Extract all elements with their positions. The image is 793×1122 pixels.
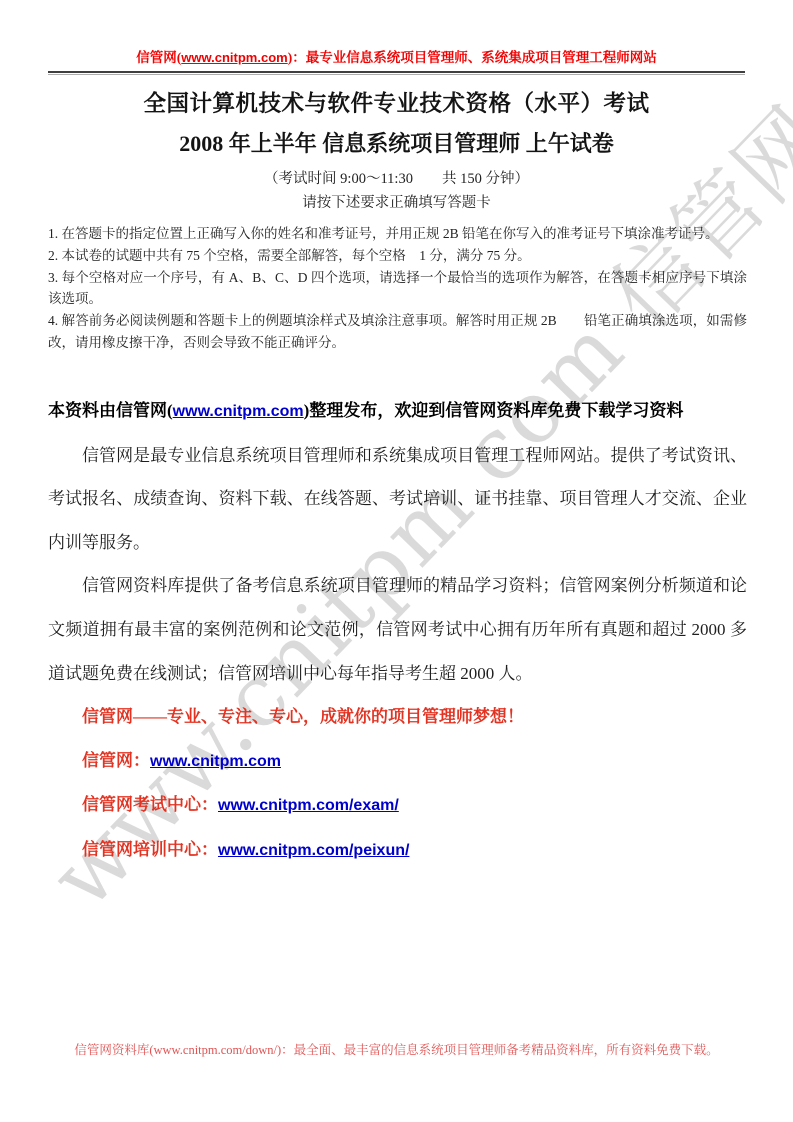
site-link-row: 信管网考试中心：www.cnitpm.com/exam/ xyxy=(48,783,747,828)
link-label: 信管网培训中心： xyxy=(82,840,218,859)
site-header-link[interactable]: www.cnitpm.com xyxy=(181,50,287,65)
slogan-line: 信管网——专业、专注、专心，成就你的项目管理师梦想！ xyxy=(48,695,747,739)
answer-sheet-notice: 请按下述要求正确填写答题卡 xyxy=(0,191,793,212)
site-link-peixun[interactable]: www.cnitpm.com/peixun/ xyxy=(218,842,409,859)
site-header-line: 信管网(www.cnitpm.com)：最专业信息系统项目管理师、系统集成项目管… xyxy=(48,46,745,66)
instructions-list: 1. 在答题卡的指定位置上正确写入你的姓名和准考证号，并用正规 2B 铅笔在你写… xyxy=(48,223,747,354)
site-link-row: 信管网：www.cnitpm.com xyxy=(48,739,747,784)
promo-block: 本资料由信管网(www.cnitpm.com)整理发布，欢迎到信管网资料库免费下… xyxy=(48,389,747,873)
exam-title: 2008 年上半年 信息系统项目管理师 上午试卷 xyxy=(0,127,793,158)
statement-prefix: 本资料由信管网( xyxy=(48,401,173,420)
document-page: www.cnitpm.com 信管网 信管网(www.cnitpm.com)：最… xyxy=(0,0,793,1122)
exam-time-line: （考试时间 9:00～11:30 共 150 分钟） xyxy=(0,167,793,188)
link-label: 信管网： xyxy=(82,751,150,770)
instruction-item: 3. 每个空格对应一个序号，有 A、B、C、D 四个选项，请选择一个最恰当的选项… xyxy=(48,267,747,311)
instruction-item: 2. 本试卷的试题中共有 75 个空格，需要全部解答，每个空格 1 分，满分 7… xyxy=(48,245,747,267)
site-header-suffix: )：最专业信息系统项目管理师、系统集成项目管理工程师网站 xyxy=(288,50,657,65)
link-label: 信管网考试中心： xyxy=(82,795,218,814)
site-link-exam[interactable]: www.cnitpm.com/exam/ xyxy=(218,797,399,814)
page-title: 全国计算机技术与软件专业技术资格（水平）考试 xyxy=(0,86,793,118)
footer-note: 信管网资料库(www.cnitpm.com/down/)：最全面、最丰富的信息系… xyxy=(0,1040,793,1058)
site-link-row: 信管网培训中心：www.cnitpm.com/peixun/ xyxy=(48,828,747,873)
statement-suffix: )整理发布，欢迎到信管网资料库免费下载学习资料 xyxy=(304,401,684,420)
site-header-prefix: 信管网( xyxy=(136,50,181,65)
header-rule xyxy=(48,71,745,75)
site-link-home[interactable]: www.cnitpm.com xyxy=(150,753,281,770)
intro-paragraph-1: 信管网是最专业信息系统项目管理师和系统集成项目管理工程师网站。提供了考试资讯、考… xyxy=(48,434,747,565)
instruction-item: 1. 在答题卡的指定位置上正确写入你的姓名和准考证号，并用正规 2B 铅笔在你写… xyxy=(48,223,747,245)
cnitpm-link[interactable]: www.cnitpm.com xyxy=(173,403,304,420)
statement-line: 本资料由信管网(www.cnitpm.com)整理发布，欢迎到信管网资料库免费下… xyxy=(48,389,747,434)
instruction-item: 4. 解答前务必阅读例题和答题卡上的例题填涂样式及填涂注意事项。解答时用正规 2… xyxy=(48,310,747,354)
intro-paragraph-2: 信管网资料库提供了备考信息系统项目管理师的精品学习资料；信管网案例分析频道和论文… xyxy=(48,564,747,695)
